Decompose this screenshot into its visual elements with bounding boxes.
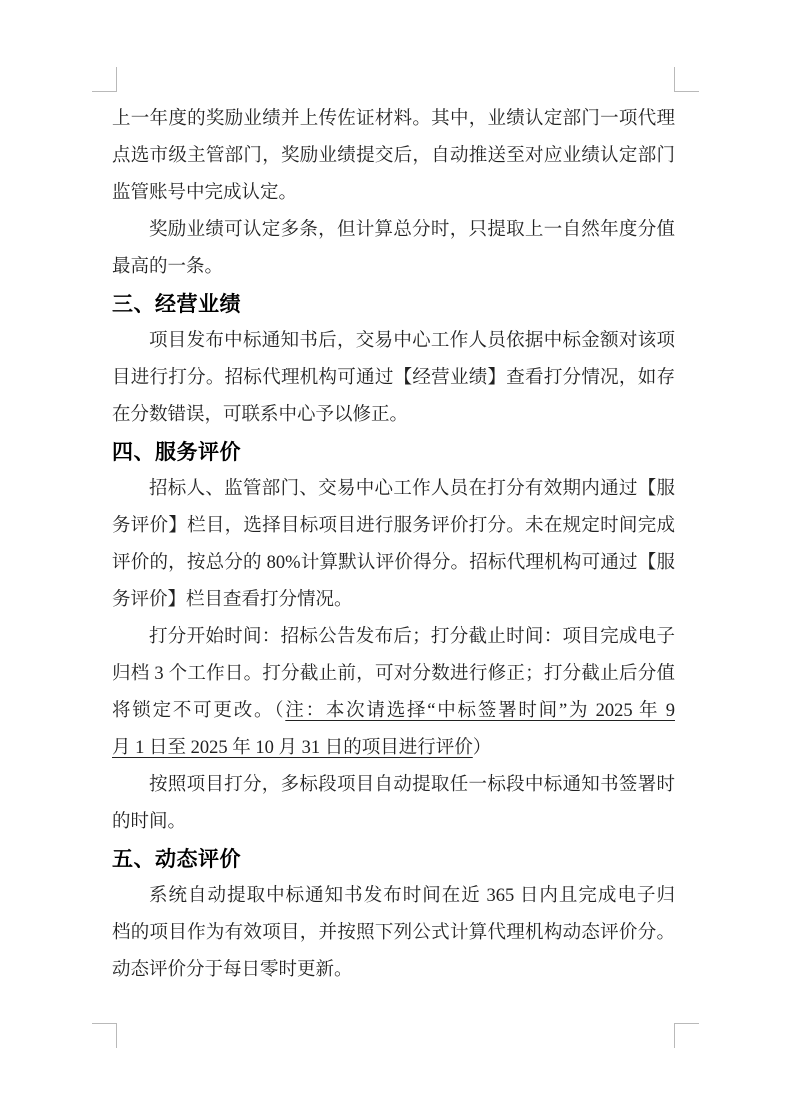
- text-run: 的时间。: [112, 812, 186, 832]
- text-run: 系统自动提取中标通知书发布时间在近 365 日内且完成电子归: [149, 886, 675, 906]
- text-run: 上一年度的奖励业绩并上传佐证材料。其中，业绩认定部门一项代理: [112, 109, 675, 129]
- paragraph-line: 务评价】栏目查看打分情况。: [112, 582, 675, 619]
- paragraph-line: 档的项目作为有效项目，并按照下列公式计算代理机构动态评价分。: [112, 915, 675, 952]
- paragraph-line: 最高的一条。: [112, 249, 675, 286]
- text-run: 评价的，按总分的 80%计算默认评价得分。招标代理机构可通过【服: [112, 553, 675, 573]
- document-body: 上一年度的奖励业绩并上传佐证材料。其中，业绩认定部门一项代理点选市级主管部门，奖…: [112, 101, 675, 989]
- text-run: 目进行打分。招标代理机构可通过【经营业绩】查看打分情况，如存: [112, 368, 675, 388]
- paragraph-line: 务评价】栏目，选择目标项目进行服务评价打分。未在规定时间完成: [112, 508, 675, 545]
- crop-mark-top-left: [92, 67, 117, 92]
- text-run: 奖励业绩可认定多条，但计算总分时，只提取上一自然年度分值: [149, 220, 675, 240]
- paragraph-line: 的时间。: [112, 804, 675, 841]
- underlined-text-run: 月 1 日至 2025 年 10 月 31 日的项目进行评价: [112, 738, 473, 758]
- section-heading: 四、服务评价: [112, 434, 675, 471]
- text-run: ）: [473, 738, 492, 758]
- text-run: 在分数错误，可联系中心予以修正。: [112, 405, 408, 425]
- text-run: 项目发布中标通知书后，交易中心工作人员依据中标金额对该项: [149, 331, 675, 351]
- text-run: 监管账号中完成认定。: [112, 183, 297, 203]
- paragraph-line: 归档 3 个工作日。打分截止前，可对分数进行修正；打分截止后分值: [112, 656, 675, 693]
- underlined-text-run: 注：本次请选择“中标签署时间”为 2025 年 9: [285, 701, 675, 721]
- paragraph-line: 系统自动提取中标通知书发布时间在近 365 日内且完成电子归: [112, 878, 675, 915]
- text-run: 档的项目作为有效项目，并按照下列公式计算代理机构动态评价分。: [112, 923, 675, 943]
- text-run: 按照项目打分，多标段项目自动提取任一标段中标通知书签署时: [149, 775, 675, 795]
- paragraph-line: 动态评价分于每日零时更新。: [112, 952, 675, 989]
- paragraph-line: 在分数错误，可联系中心予以修正。: [112, 397, 675, 434]
- text-run: 打分开始时间：招标公告发布后；打分截止时间：项目完成电子: [149, 627, 675, 647]
- section-heading: 五、动态评价: [112, 841, 675, 878]
- text-run: 归档 3 个工作日。打分截止前，可对分数进行修正；打分截止后分值: [112, 664, 675, 684]
- text-run: 点选市级主管部门，奖励业绩提交后，自动推送至对应业绩认定部门: [112, 146, 675, 166]
- text-run: 最高的一条。: [112, 257, 223, 277]
- paragraph-line: 项目发布中标通知书后，交易中心工作人员依据中标金额对该项: [112, 323, 675, 360]
- text-run: 务评价】栏目，选择目标项目进行服务评价打分。未在规定时间完成: [112, 516, 675, 536]
- paragraph-line: 上一年度的奖励业绩并上传佐证材料。其中，业绩认定部门一项代理: [112, 101, 675, 138]
- crop-mark-top-right: [674, 67, 699, 92]
- paragraph-line: 目进行打分。招标代理机构可通过【经营业绩】查看打分情况，如存: [112, 360, 675, 397]
- crop-mark-bottom-left: [92, 1023, 117, 1048]
- paragraph-line: 月 1 日至 2025 年 10 月 31 日的项目进行评价）: [112, 730, 675, 767]
- paragraph-line: 打分开始时间：招标公告发布后；打分截止时间：项目完成电子: [112, 619, 675, 656]
- paragraph-line: 将锁定不可更改。（注：本次请选择“中标签署时间”为 2025 年 9: [112, 693, 675, 730]
- paragraph-line: 奖励业绩可认定多条，但计算总分时，只提取上一自然年度分值: [112, 212, 675, 249]
- paragraph-line: 点选市级主管部门，奖励业绩提交后，自动推送至对应业绩认定部门: [112, 138, 675, 175]
- section-heading: 三、经营业绩: [112, 286, 675, 323]
- text-run: 将锁定不可更改。（: [112, 701, 285, 721]
- text-run: 招标人、监管部门、交易中心工作人员在打分有效期内通过【服: [149, 479, 675, 499]
- paragraph-line: 招标人、监管部门、交易中心工作人员在打分有效期内通过【服: [112, 471, 675, 508]
- document-page: 上一年度的奖励业绩并上传佐证材料。其中，业绩认定部门一项代理点选市级主管部门，奖…: [0, 0, 790, 1115]
- paragraph-line: 按照项目打分，多标段项目自动提取任一标段中标通知书签署时: [112, 767, 675, 804]
- text-run: 动态评价分于每日零时更新。: [112, 960, 353, 980]
- crop-mark-bottom-right: [674, 1023, 699, 1048]
- paragraph-line: 评价的，按总分的 80%计算默认评价得分。招标代理机构可通过【服: [112, 545, 675, 582]
- text-run: 务评价】栏目查看打分情况。: [112, 590, 353, 610]
- paragraph-line: 监管账号中完成认定。: [112, 175, 675, 212]
